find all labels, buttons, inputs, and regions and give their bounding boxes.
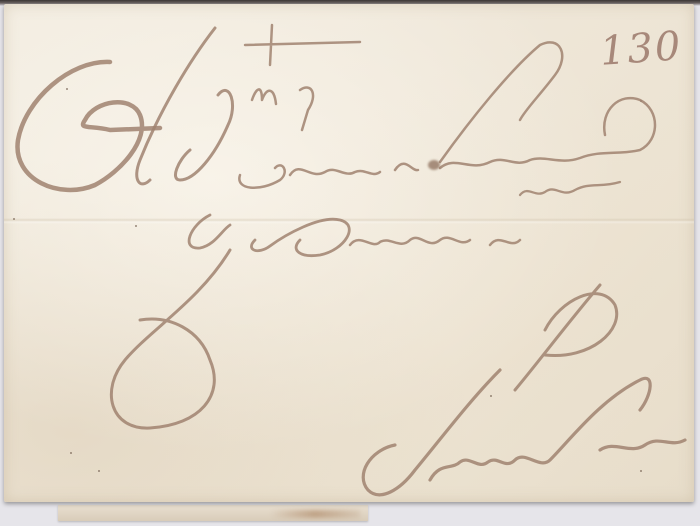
- ink-blot: [428, 160, 440, 170]
- handwriting: [0, 0, 700, 526]
